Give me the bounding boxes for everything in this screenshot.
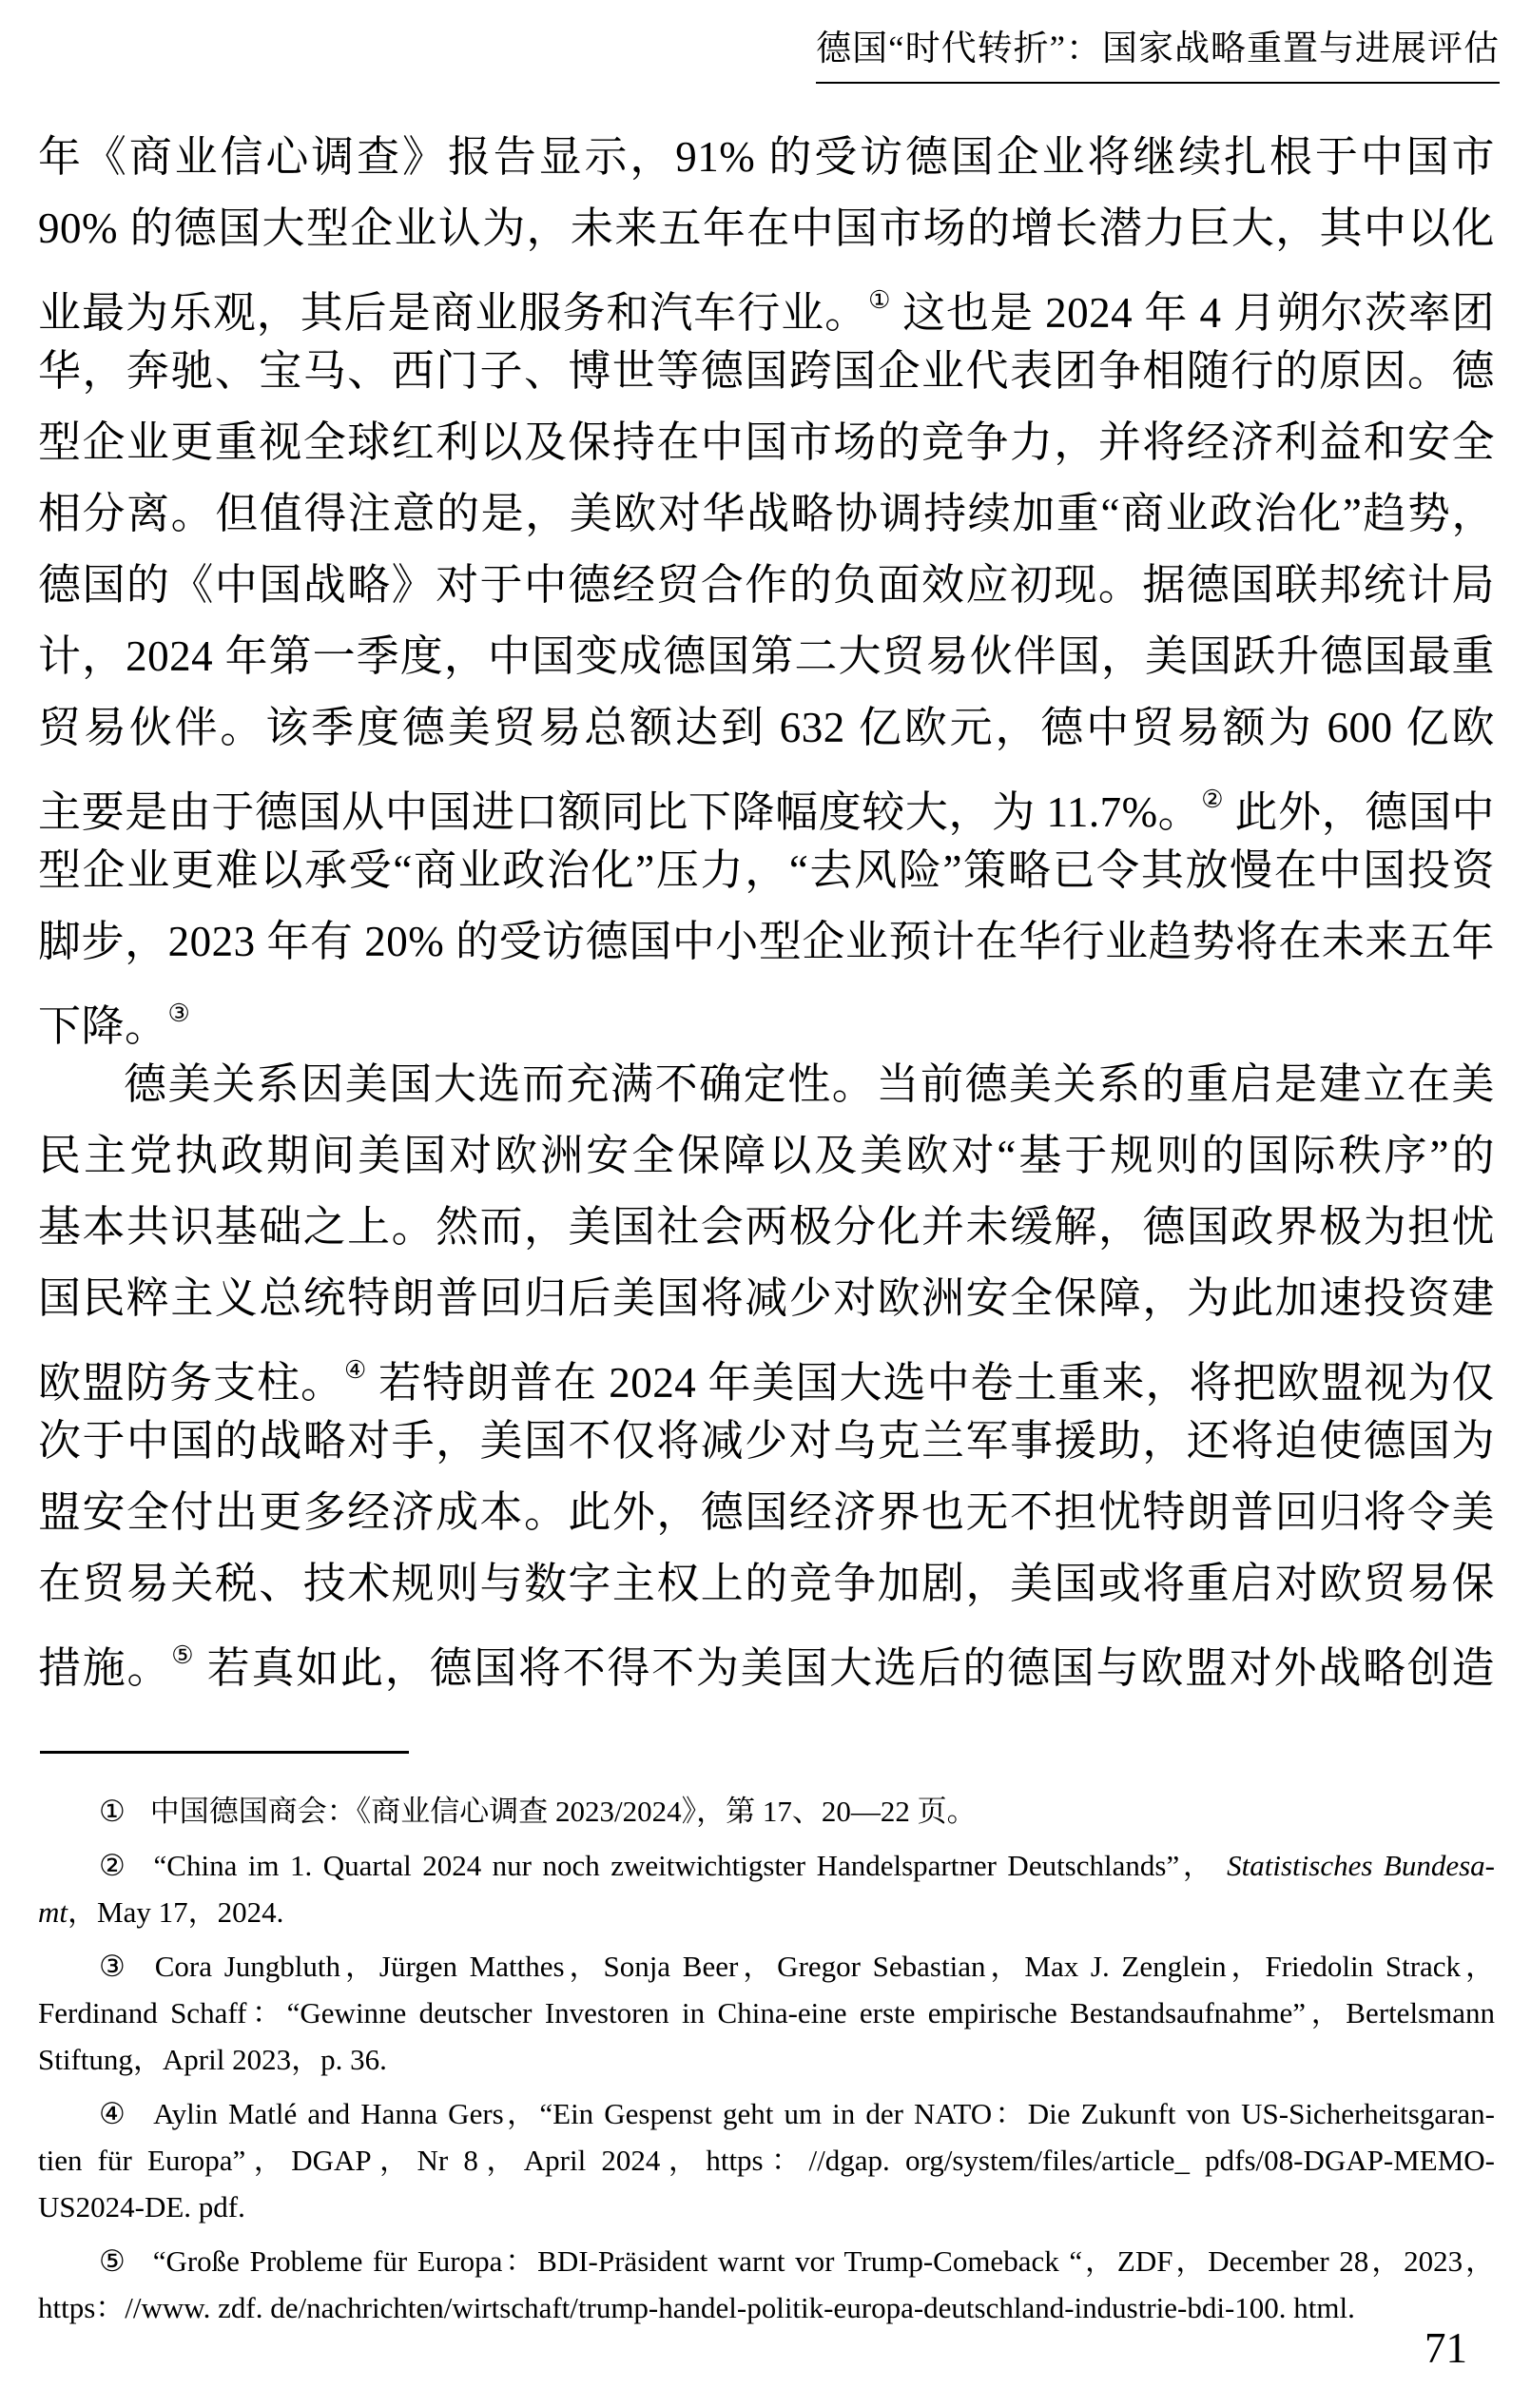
paragraph: 德美关系因美国大选而充满不确定性。当前德美关系的重启是建立在美国民主党执政期间美… <box>38 1049 1495 1691</box>
body-line: 计，2024 年第一季度，中国变成德国第二大贸易伙伴国，美国跃升德国最重要 <box>38 621 1495 692</box>
footnote-line: ④Aylin Matlé and Hanna Gers，“Ein Gespens… <box>38 2090 1495 2137</box>
body-line: 90% 的德国大型企业认为，未来五年在中国市场的增长潜力巨大，其中以化工行 <box>38 193 1495 264</box>
footnote: ②“China im 1. Quartal 2024 nur noch zwei… <box>38 1842 1495 1935</box>
body-line: 欧盟防务支柱。④ 若特朗普在 2024 年美国大选中卷土重来，将把欧盟视为仅 <box>38 1334 1495 1406</box>
body-line: 盟安全付出更多经济成本。此外，德国经济界也无不担忧特朗普回归将令美欧 <box>38 1477 1495 1548</box>
body-line: 华，奔驰、宝马、西门子、博世等德国跨国企业代表团争相随行的原因。德国大 <box>38 336 1495 407</box>
body-line: 年《商业信心调查》报告显示，91% 的受访德国企业将继续扎根于中国市场， <box>38 122 1495 193</box>
body-line: 德美关系因美国大选而充满不确定性。当前德美关系的重启是建立在美国 <box>38 1049 1495 1120</box>
body-line: 次于中国的战略对手，美国不仅将减少对乌克兰军事援助，还将迫使德国为联 <box>38 1406 1495 1477</box>
footnote-marker: ② <box>99 1849 129 1882</box>
footnote-ref: ⑤ <box>171 1641 195 1669</box>
footnote-line: mt，May 17，2024. <box>38 1889 1495 1935</box>
footnote: ③Cora Jungbluth，Jürgen Matthes，Sonja Bee… <box>38 1943 1495 2083</box>
footnote-line: ②“China im 1. Quartal 2024 nur noch zwei… <box>38 1842 1495 1889</box>
paragraph: 年《商业信心调查》报告显示，91% 的受访德国企业将继续扎根于中国市场，90% … <box>38 122 1495 1049</box>
footnote-line: Stiftung，April 2023，p. 36. <box>38 2036 1495 2083</box>
body-line: 型企业更难以承受“商业政治化”压力，“去风险”策略已令其放慢在中国投资 <box>38 835 1495 906</box>
footnotes: ①中国德国商会：《商业信心调查 2023/2024》，第 17、20—22 页。… <box>38 1788 1495 2339</box>
body-line: 基本共识基础之上。然而，美国社会两极分化并未缓解，德国政界极为担忧美 <box>38 1192 1495 1263</box>
footnote-marker: ① <box>99 1795 126 1828</box>
footnote-divider <box>40 1751 409 1754</box>
footnote: ①中国德国商会：《商业信心调查 2023/2024》，第 17、20—22 页。 <box>38 1788 1495 1835</box>
body-text: 年《商业信心调查》报告显示，91% 的受访德国企业将继续扎根于中国市场，90% … <box>38 122 1495 1691</box>
footnote-line: https：//www. zdf. de/nachrichten/wirtsch… <box>38 2284 1495 2331</box>
footnote: ④Aylin Matlé and Hanna Gers，“Ein Gespens… <box>38 2090 1495 2230</box>
footnote-line: ⑤“Große Probleme für Europa：BDI-Präsiden… <box>38 2238 1495 2284</box>
footnote-marker: ④ <box>99 2097 128 2130</box>
footnote-marker: ③ <box>99 1950 130 1983</box>
document-page: 德国“时代转折”：国家战略重置与进展评估 年《商业信心调查》报告显示，91% 的… <box>0 0 1531 2408</box>
footnote-ref: ③ <box>168 1000 190 1027</box>
footnote: ⑤“Große Probleme für Europa：BDI-Präsiden… <box>38 2238 1495 2331</box>
footnote-ref: ② <box>1201 786 1223 813</box>
body-line: 在贸易关税、技术规则与数字主权上的竞争加剧，美国或将重启对欧贸易保护 <box>38 1548 1495 1620</box>
footnote-line: tien für Europa”，DGAP，Nr 8，April 2024，ht… <box>38 2137 1495 2184</box>
footnote-marker: ⑤ <box>99 2244 128 2278</box>
page-number: 71 <box>1424 2324 1467 2372</box>
body-line: 措施。⑤ 若真如此，德国将不得不为美国大选后的德国与欧盟对外战略创造更 <box>38 1620 1495 1691</box>
body-line: 国民粹主义总统特朗普回归后美国将减少对欧洲安全保障，为此加速投资建设 <box>38 1263 1495 1334</box>
footnote-ref: ① <box>868 286 891 314</box>
body-line: 业最为乐观，其后是商业服务和汽车行业。① 这也是 2024 年 4 月朔尔茨率团… <box>38 264 1495 336</box>
body-line: 德国的《中国战略》对于中德经贸合作的负面效应初现。据德国联邦统计局统 <box>38 550 1495 621</box>
body-line: 民主党执政期间美国对欧洲安全保障以及美欧对“基于规则的国际秩序”的 <box>38 1120 1495 1192</box>
footnote-line: ①中国德国商会：《商业信心调查 2023/2024》，第 17、20—22 页。 <box>38 1788 1495 1835</box>
body-line: 脚步，2023 年有 20% 的受访德国中小型企业预计在华行业趋势将在未来五年内 <box>38 906 1495 978</box>
footnote-line: ③Cora Jungbluth，Jürgen Matthes，Sonja Bee… <box>38 1943 1495 1990</box>
body-line: 相分离。但值得注意的是，美欧对华战略协调持续加重“商业政治化”趋势， <box>38 478 1495 550</box>
body-line: 型企业更重视全球红利以及保持在中国市场的竞争力，并将经济利益和安全问题 <box>38 407 1495 478</box>
running-head-title: 德国“时代转折”：国家战略重置与进展评估 <box>816 29 1500 84</box>
body-line: 贸易伙伴。该季度德美贸易总额达到 632 亿欧元，德中贸易额为 600 亿欧元，… <box>38 692 1495 764</box>
footnote-line: US2024-DE. pdf. <box>38 2184 1495 2230</box>
footnote-line: Ferdinand Schaff：“Gewinne deutscher Inve… <box>38 1990 1495 2036</box>
body-line: 下降。③ <box>38 978 1495 1049</box>
footnote-ref: ④ <box>344 1356 367 1384</box>
body-line: 主要是由于德国从中国进口额同比下降幅度较大，为 11.7%。② 此外，德国中小 <box>38 764 1495 835</box>
